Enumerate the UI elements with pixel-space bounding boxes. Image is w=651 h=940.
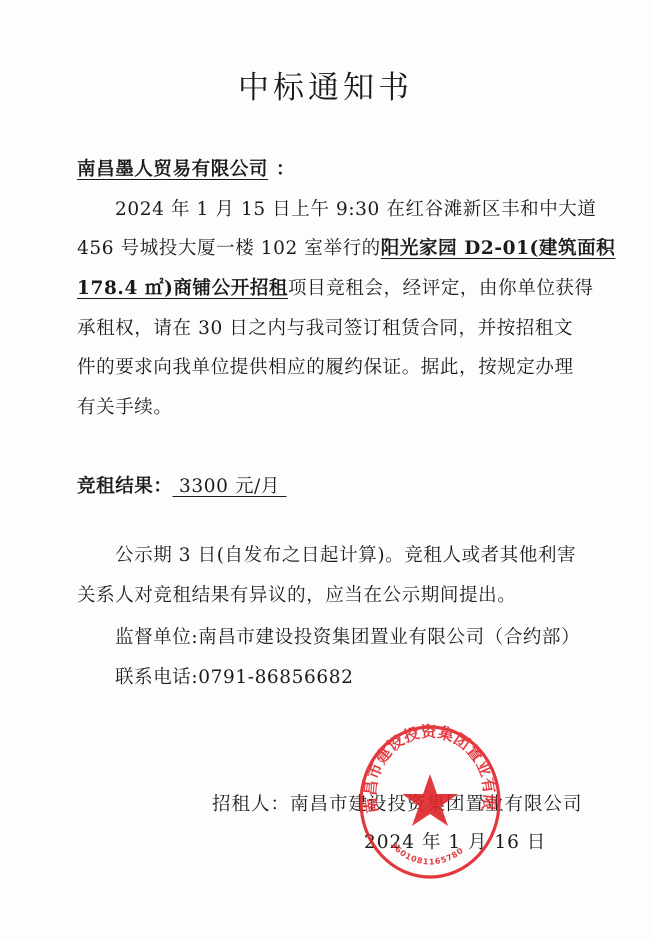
lessor-line: 招租人：南昌市建设投资集团置业有限公司 (212, 790, 583, 816)
body-line-3: 178.4 ㎡)商铺公开招租项目竞租会，经评定，由你单位获得 (77, 277, 547, 301)
venue-text: 456 号城投大厦一楼 102 室举行的 (77, 238, 381, 259)
project-name-part1: 阳光家园 D2-01(建筑面积 (381, 238, 616, 259)
body-line-6: 有关手续。 (77, 396, 547, 420)
body-line-1: 2024 年 1 月 15 日上午 9:30 在红谷滩新区丰和中大道 (115, 198, 585, 222)
contact-line: 联系电话:0791-86856682 (115, 666, 585, 690)
notice-line-1: 公示期 3 日(自发布之日起计算)。竞租人或者其他利害 (115, 544, 585, 568)
result-line: 竞租结果： 3300 元/月 (77, 475, 547, 499)
result-value: 3300 元/月 (173, 476, 287, 497)
recipient-line: 南昌墨人贸易有限公司： (77, 158, 547, 182)
result-label: 竞租结果： (77, 476, 173, 497)
supervisor-line: 监督单位:南昌市建设投资集团置业有限公司（合约部） (115, 626, 585, 650)
notice-document: 中标通知书 南昌墨人贸易有限公司： 2024 年 1 月 15 日上午 9:30… (0, 0, 651, 940)
recipient-name: 南昌墨人贸易有限公司 (77, 159, 268, 180)
notice-line-2: 关系人对竞租结果有异议的，应当在公示期间提出。 (77, 584, 547, 608)
document-title: 中标通知书 (0, 62, 651, 107)
issue-date: 2024 年 1 月 16 日 (364, 828, 546, 854)
recipient-colon: ： (276, 159, 295, 180)
project-name-part2: 178.4 ㎡)商铺公开招租 (77, 278, 288, 299)
award-text: 项目竞租会，经评定，由你单位获得 (288, 278, 594, 299)
body-line-5: 件的要求向我单位提供相应的履约保证。据此，按规定办理 (77, 356, 547, 380)
body-line-2: 456 号城投大厦一楼 102 室举行的阳光家园 D2-01(建筑面积 (77, 237, 547, 261)
body-line-4: 承租权，请在 30 日之内与我司签订租赁合同，并按招租文 (77, 317, 547, 341)
